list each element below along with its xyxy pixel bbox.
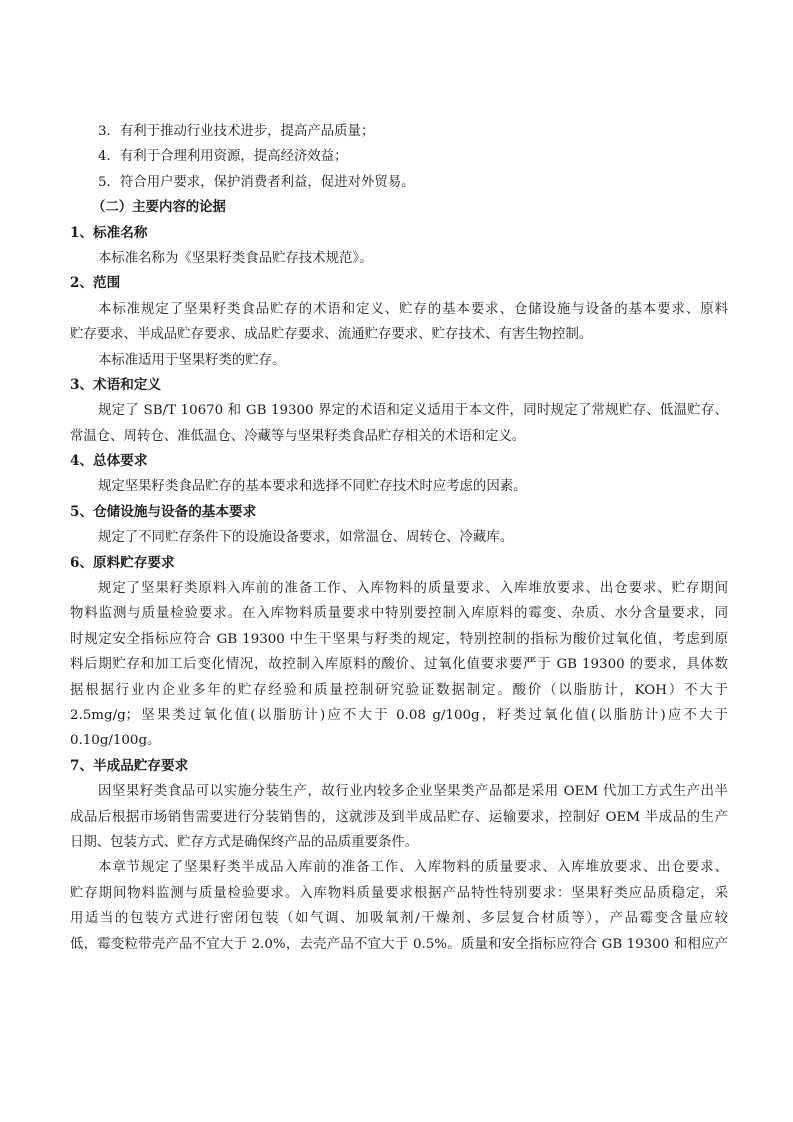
list-item: 3．有利于推动行业技术进步，提高产品质量； <box>70 119 728 144</box>
paragraph-line: 低，霉变粒带壳产品不宜大于 2.0%，去壳产品不宜大于 0.5%。质量和安全指标… <box>70 932 728 957</box>
paragraph-line: 贮存要求、半成品贮存要求、成品贮存要求、流通贮存要求、贮存技术、有害生物控制。 <box>70 322 728 347</box>
paragraph-line: 规定了不同贮存条件下的设施设备要求，如常温仓、周转仓、冷藏库。 <box>70 525 728 550</box>
section-heading: 1、标准名称 <box>70 221 728 246</box>
section-heading: 4、总体要求 <box>70 449 728 474</box>
paragraph-line: 因坚果籽类食品可以实施分装生产，故行业内较多企业坚果类产品都是采用 OEM 代加… <box>70 779 728 804</box>
section-heading: 7、半成品贮存要求 <box>70 754 728 779</box>
paragraph-line: 本章节规定了坚果籽类半成品入库前的准备工作、入库物料的质量要求、入库堆放要求、出… <box>70 855 728 880</box>
paragraph-line: 规定了 SB/T 10670 和 GB 19300 界定的术语和定义适用于本文件… <box>70 398 728 423</box>
paragraph-line: 贮存期间物料监测与质量检验要求。入库物料质量要求根据产品特性特别要求：坚果籽类应… <box>70 881 728 906</box>
section-heading: 3、术语和定义 <box>70 373 728 398</box>
paragraph-line: 本标准名称为《坚果籽类食品贮存技术规范》。 <box>70 246 728 271</box>
paragraph-line: 时规定安全指标应符合 GB 19300 中生干坚果与籽类的规定，特别控制的指标为… <box>70 627 728 652</box>
paragraph-line: 用适当的包装方式进行密闭包装（如气调、加吸氧剂/干燥剂、多层复合材质等），产品霉… <box>70 906 728 931</box>
document-page: 3．有利于推动行业技术进步，提高产品质量； 4．有利于合理利用资源，提高经济效益… <box>70 119 728 957</box>
paragraph-line: 据根据行业内企业多年的贮存经验和质量控制研究验证数据制定。酸价（以脂肪计，KOH… <box>70 678 728 703</box>
paragraph-line: 本标准适用于坚果籽类的贮存。 <box>70 348 728 373</box>
section-heading: 5、仓储设施与设备的基本要求 <box>70 500 728 525</box>
paragraph-line: 规定坚果籽类食品贮存的基本要求和选择不同贮存技术时应考虑的因素。 <box>70 474 728 499</box>
paragraph-line: 物料监测与质量检验要求。在入库物料质量要求中特别要控制入库原料的霉变、杂质、水分… <box>70 601 728 626</box>
list-item: 4．有利于合理利用资源，提高经济效益； <box>70 144 728 169</box>
paragraph-line: 规定了坚果籽类原料入库前的准备工作、入库物料的质量要求、入库堆放要求、出仓要求、… <box>70 576 728 601</box>
paragraph-line: 日期、包装方式、贮存方式是确保终产品的品质重要条件。 <box>70 830 728 855</box>
paragraph-line: 料后期贮存和加工后变化情况，故控制入库原料的酸价、过氧化值要求要严于 GB 19… <box>70 652 728 677</box>
section-heading: 2、范围 <box>70 271 728 296</box>
subsection-title: （二）主要内容的论据 <box>70 195 728 220</box>
section-heading: 6、原料贮存要求 <box>70 551 728 576</box>
paragraph-line: 成品后根据市场销售需要进行分装销售的，这就涉及到半成品贮存、运输要求，控制好 O… <box>70 805 728 830</box>
paragraph-line: 0.10g/100g。 <box>70 728 728 753</box>
list-item: 5．符合用户要求，保护消费者利益，促进对外贸易。 <box>70 170 728 195</box>
paragraph-line: 本标准规定了坚果籽类食品贮存的术语和定义、贮存的基本要求、仓储设施与设备的基本要… <box>70 297 728 322</box>
paragraph-line: 常温仓、周转仓、准低温仓、冷藏等与坚果籽类食品贮存相关的术语和定义。 <box>70 424 728 449</box>
paragraph-line: 2.5mg/g；坚果类过氧化值(以脂肪计)应不大于 0.08 g/100g，籽类… <box>70 703 728 728</box>
